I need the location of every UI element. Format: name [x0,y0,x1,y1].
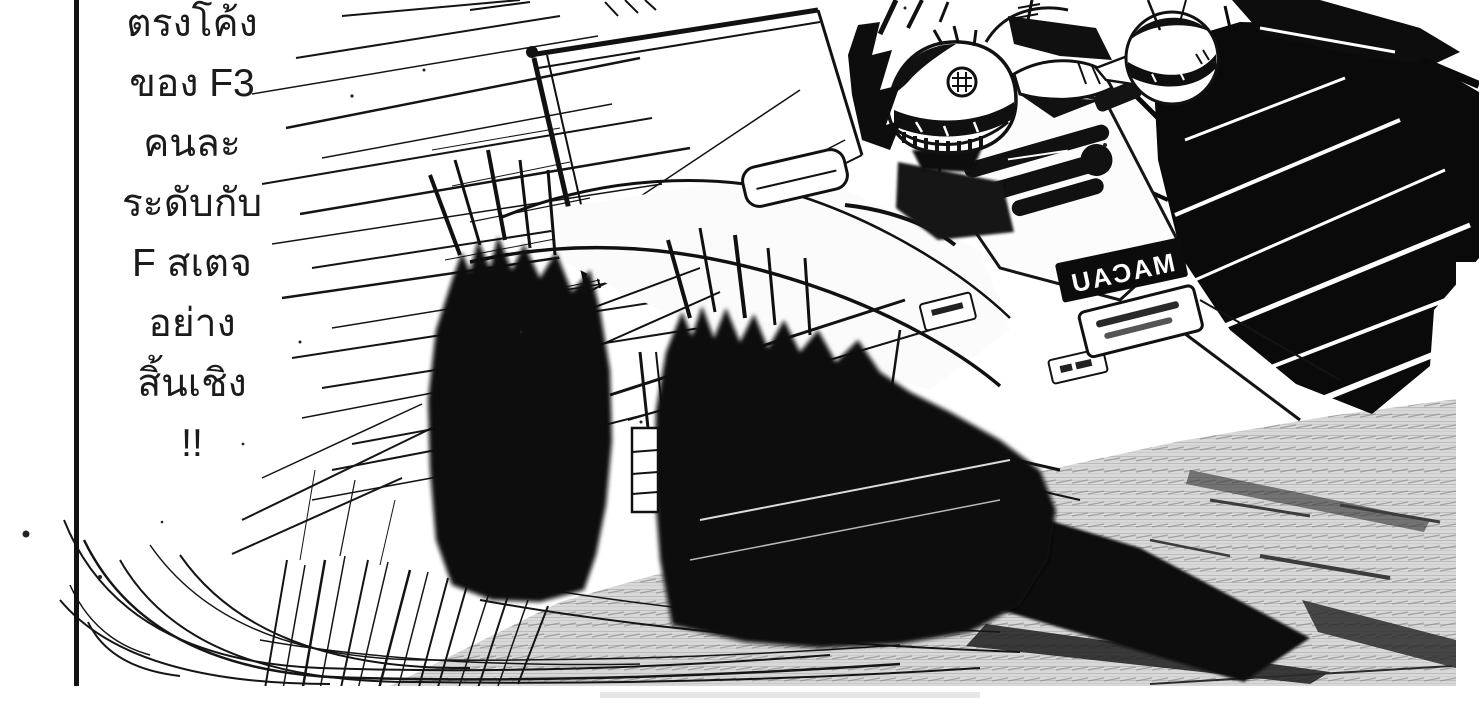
speech-line: ตรงโค้ง [84,0,300,54]
speech-line: F สเตจ [84,234,300,294]
speech-line: สิ้นเชิง [84,354,300,414]
page-margin-right [1456,262,1479,708]
manga-panel: MACAU [0,0,1479,708]
speech-line: ระดับกับ [84,174,300,234]
helmet-emblem [948,68,976,96]
speech-line: !! [84,414,300,474]
panel-border [74,0,79,686]
suspension-post [632,428,658,512]
speech-line: อย่าง [84,294,300,354]
speech-line: คนละ [84,114,300,174]
speech-line: ของ F3 [84,54,300,114]
speech-bubble-text: ตรงโค้ง ของ F3 คนละ ระดับกับ F สเตจ อย่า… [84,0,300,474]
